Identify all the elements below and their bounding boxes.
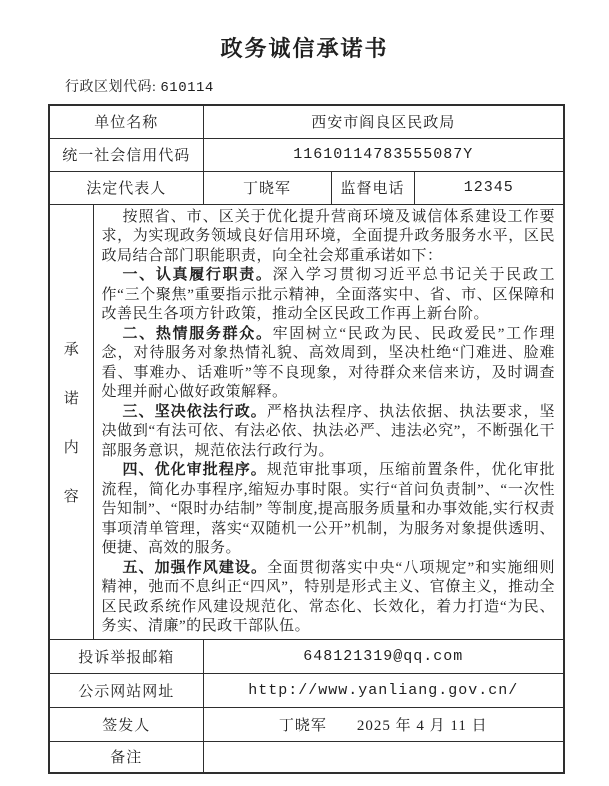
signer-value-cell: 丁晓军 2025 年 4 月 11 日 [203, 707, 564, 741]
complaint-email-label: 投诉举报邮箱 [49, 639, 203, 673]
commitment-item-2-lead: 二、热情服务群众。 [123, 326, 273, 342]
legal-rep-value: 丁晓军 [203, 171, 331, 204]
table-row-unit-name: 单位名称 西安市阎良区民政局 [49, 105, 564, 138]
commitment-item-5: 五、加强作风建设。全面贯彻落实中央“八项规定”和实施细则精神，弛而不息纠正“四风… [102, 559, 556, 637]
commitment-item-2: 二、热情服务群众。牢固树立“民政为民、民政爱民”工作理念，对待服务对象热情礼貌、… [102, 325, 556, 403]
unit-name-value: 西安市阎良区民政局 [203, 105, 564, 138]
admin-code-value: 610114 [160, 80, 213, 96]
commitment-form-table: 单位名称 西安市阎良区民政局 统一社会信用代码 1161011478355508… [48, 104, 565, 774]
commitment-item-5-lead: 五、加强作风建设。 [123, 560, 268, 576]
commitment-item-3: 三、坚决依法行政。严格执法程序、执法依据、执法要求，坚决做到“有法可依、有法必依… [102, 403, 556, 462]
website-value: http://www.yanliang.gov.cn/ [203, 673, 564, 707]
table-row-remark: 备注 [49, 741, 564, 773]
supervise-phone-label: 监督电话 [331, 171, 414, 204]
commitment-intro: 按照省、市、区关于优化提升营商环境及诚信体系建设工作要求，为实现政务领域良好信用… [102, 208, 556, 267]
commitment-intro-text: 按照省、市、区关于优化提升营商环境及诚信体系建设工作要求，为实现政务领域良好信用… [102, 209, 556, 264]
commitment-item-3-lead: 三、坚决依法行政。 [123, 404, 267, 420]
commitment-content-cell: 按照省、市、区关于优化提升营商环境及诚信体系建设工作要求，为实现政务领域良好信用… [93, 204, 564, 639]
table-row-legal-rep: 法定代表人 丁晓军 监督电话 12345 [49, 171, 564, 204]
credit-code-label: 统一社会信用代码 [49, 138, 203, 171]
signer-value: 丁晓军 2025 年 4 月 11 日 [279, 714, 488, 735]
unit-name-label: 单位名称 [49, 105, 203, 138]
admin-code-line: 行政区划代码:610114 [65, 76, 609, 96]
table-row-credit-code: 统一社会信用代码 11610114783555087Y [49, 138, 564, 171]
supervise-phone-value: 12345 [414, 171, 564, 204]
legal-rep-label: 法定代表人 [49, 171, 203, 204]
commitment-label-cell: 承诺内容 [49, 204, 93, 639]
credit-code-value: 11610114783555087Y [203, 138, 564, 171]
remark-value [203, 741, 564, 773]
complaint-email-value: 648121319@qq.com [203, 639, 564, 673]
commitment-item-4-lead: 四、优化审批程序。 [123, 462, 267, 478]
commitment-label-text: 承诺内容 [50, 212, 93, 632]
commitment-item-1: 一、认真履行职责。深入学习贯彻习近平总书记关于民政工作“三个聚焦”重要指示批示精… [102, 266, 556, 325]
website-label: 公示网站网址 [49, 673, 203, 707]
table-row-signer: 签发人 丁晓军 2025 年 4 月 11 日 [49, 707, 564, 741]
document-page: 政务诚信承诺书 行政区划代码:610114 单位名称 西安市阎良区民政局 统一社… [0, 0, 609, 786]
signer-name: 丁晓军 [279, 714, 327, 735]
commitment-item-1-lead: 一、认真履行职责。 [123, 267, 273, 283]
page-title: 政务诚信承诺书 [0, 32, 609, 63]
admin-code-label: 行政区划代码: [65, 80, 156, 95]
table-row-website: 公示网站网址 http://www.yanliang.gov.cn/ [49, 673, 564, 707]
signer-date: 2025 年 4 月 11 日 [357, 714, 488, 735]
commitment-item-4: 四、优化审批程序。规范审批事项，压缩前置条件，优化审批流程，简化办事程序,缩短办… [102, 461, 556, 559]
table-row-commitment: 承诺内容 按照省、市、区关于优化提升营商环境及诚信体系建设工作要求，为实现政务领… [49, 204, 564, 639]
signer-label: 签发人 [49, 707, 203, 741]
remark-label: 备注 [49, 741, 203, 773]
table-row-complaint-email: 投诉举报邮箱 648121319@qq.com [49, 639, 564, 673]
